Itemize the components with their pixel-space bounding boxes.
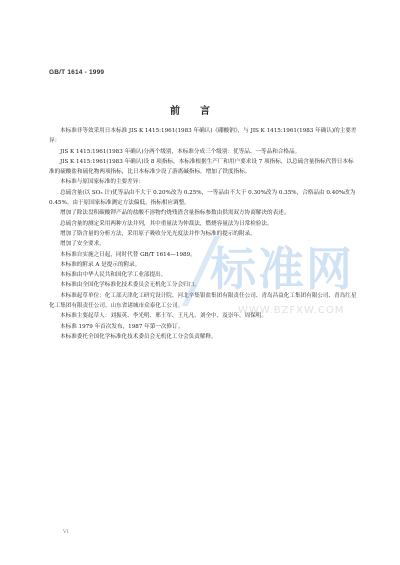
paragraph: 总硫含量(以 SO₃ 计)优等品由不大于 0.20%改为 0.25%，一等品由不… [49,188,359,209]
paragraph: 本标准委托全国化学标准化技术委员会无机化工分会负责解释。 [49,332,359,342]
paragraph: 本标准 1979 年首次发布，1987 年第一次修订。 [49,322,359,332]
standard-number: GB/T 1614 - 1999 [49,69,104,76]
paragraph: 本标准自实施之日起，同时代替 GB/T 1614—1989。 [49,250,359,260]
page-title: 前言 [0,102,400,117]
paragraph: 本标准由全国化学标准化技术委员会无机化工分会归口。 [49,280,359,290]
page-number: VI [63,529,69,535]
paragraph: 本标准主要起草人：刘振英、李光明、邢士军、王凡凡、刘全中、及崇年、周保明。 [49,311,359,321]
paragraph: 增加了除法盘积碳酸钾产品的盐酸不溶物灼烧残渣含量指标参数由供需双方协商解决的表述… [49,208,359,218]
paragraph: JIS K 1415:1961(1983 年确认)分两个级别，本标准分成三个级别… [49,147,359,157]
paragraph: 本标准的附录 A 是提示的附录。 [49,260,359,270]
paragraph: 增加了铬含量的分析方法，采用原子吸收分光光度法并作为标准的提示的附录。 [49,229,359,239]
paragraph: JIS K 1415:1961(1983 年确认)设 8 项指标，本标准根据生产… [49,157,359,178]
paragraph: 本标准非等效采用日本标准 JIS K 1415:1961(1983 年确认)《硼… [49,126,359,147]
paragraph: 本标准与原国家标准的主要差异： [49,177,359,187]
paragraph: 增加了安全要求。 [49,239,359,249]
paragraph: 总硫含量的测定采用两种方法并列，其中重量法为仲裁法，燃烧容量法为日常检验法。 [49,219,359,229]
paragraph: 本标准起草单位：化工部天津化工研究设计院、河北辛集银盐集团有限责任公司、青岛昌益… [49,291,359,312]
foreword-body: 本标准非等效采用日本标准 JIS K 1415:1961(1983 年确认)《硼… [49,126,359,342]
paragraph: 本标准由中华人民共和国化学工业部提出。 [49,270,359,280]
